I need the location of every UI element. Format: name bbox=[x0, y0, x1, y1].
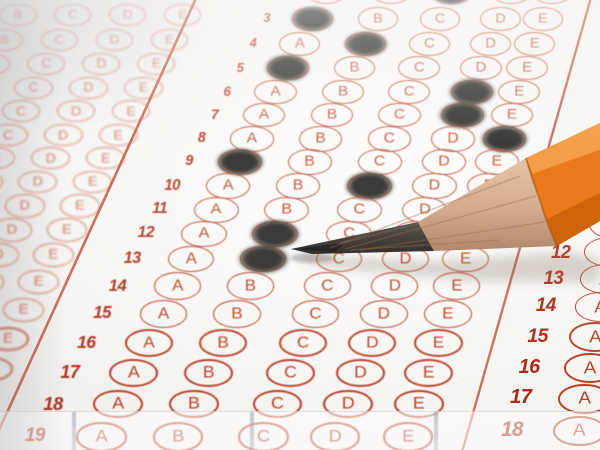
answer-bubble: A bbox=[558, 384, 600, 415]
question-number: 13 bbox=[503, 267, 563, 289]
bubble-letter: A bbox=[584, 358, 597, 378]
bubble-letter: A bbox=[578, 389, 591, 409]
question-number: 17 bbox=[471, 386, 531, 409]
question-number: 16 bbox=[480, 355, 540, 378]
bubble-letter: A bbox=[594, 297, 600, 317]
faded-bottom-strip bbox=[0, 411, 600, 450]
question-number: 14 bbox=[496, 295, 556, 317]
question-number: 12 bbox=[510, 240, 570, 262]
bubble-letter: A bbox=[589, 327, 600, 347]
answer-bubble: A bbox=[575, 292, 600, 322]
strip-gap bbox=[72, 412, 76, 450]
answer-bubble: A bbox=[589, 209, 600, 238]
answer-bubble: A bbox=[564, 353, 600, 383]
answer-bubble: A bbox=[569, 322, 600, 352]
answer-bubble: A bbox=[584, 237, 600, 267]
answer-sheet-photo: BCDEBCDEBCDEBCDEBCDECDECDECDECDEDEDEDEDE… bbox=[0, 0, 600, 450]
answer-bubble: A bbox=[580, 264, 600, 294]
right-answer-block: 11A12A13A14A15A16A17A18A bbox=[0, 0, 600, 450]
strip-gap bbox=[434, 412, 438, 450]
strip-gap bbox=[250, 412, 254, 450]
question-number: 15 bbox=[488, 325, 548, 348]
question-number: 11 bbox=[518, 213, 578, 234]
